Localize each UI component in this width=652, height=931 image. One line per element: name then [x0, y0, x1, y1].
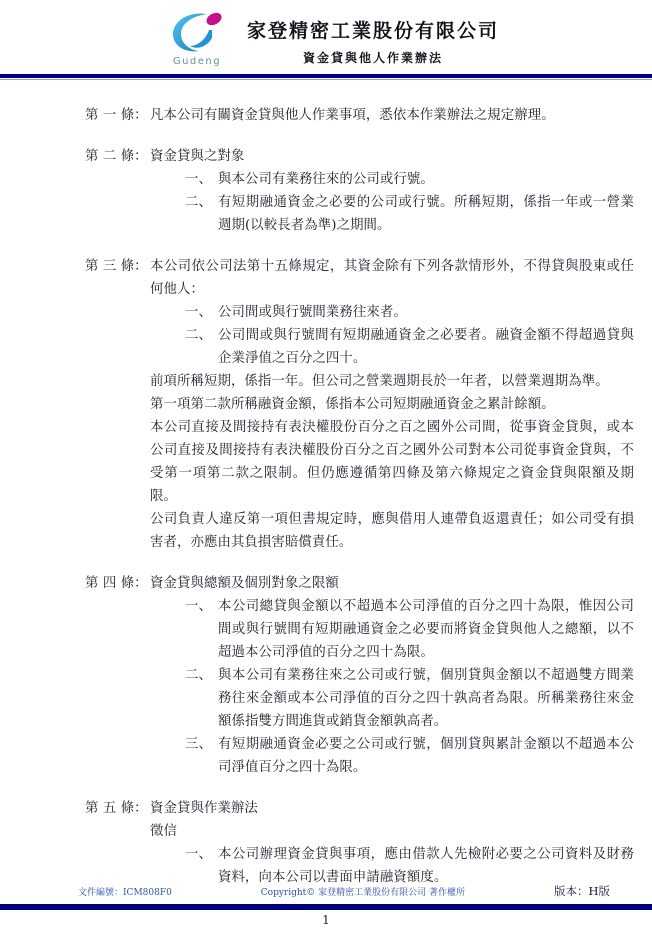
article-4: 第 四 條： 資金貸與總額及個別對象之限額 一、 本公司總貸與金額以不超過本公司…: [85, 572, 634, 779]
article-paragraph: 本公司直接及間接持有表決權股份百分之百之國外公司間，從事資金貸與，或本公司直接及…: [150, 416, 634, 508]
article-intro: 資金貸與之對象: [150, 145, 634, 168]
document-page: Gudeng 家登精密工業股份有限公司 資金貸與他人作業辦法 第 一 條： 凡本…: [0, 0, 652, 931]
article-5: 第 五 條： 資金貸與作業辦法 徵信 一、 本公司辦理資金貸與事項，應由借款人先…: [85, 797, 634, 889]
article-label: 第 四 條：: [85, 572, 150, 595]
article-label: 第 三 條：: [85, 255, 150, 278]
article-content: 資金貸與總額及個別對象之限額 一、 本公司總貸與金額以不超過本公司淨值的百分之四…: [150, 572, 634, 779]
item-text: 有短期融通資金之必要的公司或行號。所稱短期，係指一年或一營業週期(以較長者為準)…: [218, 191, 634, 237]
version-label: 版本：H版: [554, 883, 610, 899]
item-marker: 二、: [185, 324, 218, 370]
header-inner: Gudeng 家登精密工業股份有限公司 資金貸與他人作業辦法: [0, 10, 652, 67]
item-marker: 一、: [185, 301, 218, 324]
title-block: 家登精密工業股份有限公司 資金貸與他人作業辦法: [247, 10, 499, 66]
article-intro: 本公司依公司法第十五條規定，其資金除有下列各款情形外，不得貸與股東或任何他人：: [150, 255, 634, 301]
article-intro: 資金貸與總額及個別對象之限額: [150, 572, 634, 595]
numbered-item: 一、 公司間或與行號間業務往來者。: [150, 301, 634, 324]
article-1: 第 一 條： 凡本公司有關資金貸與他人作業事項，悉依本作業辦法之規定辦理。: [85, 104, 634, 127]
item-marker: 一、: [185, 168, 218, 191]
item-marker: 二、: [185, 664, 218, 733]
article-paragraph: 徵信: [150, 820, 634, 843]
footer-row: 文件編號：ICM808F0 Copyright© 家登精密工業股份有限公司 著作…: [0, 883, 652, 899]
article-label: 第 二 條：: [85, 145, 150, 168]
company-logo: Gudeng: [153, 10, 241, 67]
item-text: 公司間或與行號間業務往來者。: [218, 301, 634, 324]
article-content: 資金貸與作業辦法 徵信 一、 本公司辦理資金貸與事項，應由借款人先檢附必要之公司…: [150, 797, 634, 889]
article-paragraph: 公司負責人違反第一項但書規定時，應與借用人連帶負返還責任；如公司受有損害者，亦應…: [150, 508, 634, 554]
numbered-item: 一、 本公司總貸與金額以不超過本公司淨值的百分之四十為限，惟因公司間或與行號間有…: [150, 595, 634, 664]
header-rule-thick: [0, 74, 652, 78]
article-2: 第 二 條： 資金貸與之對象 一、 與本公司有業務往來的公司或行號。 二、 有短…: [85, 145, 634, 237]
item-text: 本公司總貸與金額以不超過本公司淨值的百分之四十為限，惟因公司間或與行號間有短期融…: [218, 595, 634, 664]
article-label: 第 五 條：: [85, 797, 150, 820]
item-text: 有短期融通資金必要之公司或行號，個別貸與累計金額以不超過本公司淨值百分之四十為限…: [218, 733, 634, 779]
copyright-text: Copyright© 家登精密工業股份有限公司 著作權所: [172, 885, 554, 898]
article-content: 資金貸與之對象 一、 與本公司有業務往來的公司或行號。 二、 有短期融通資金之必…: [150, 145, 634, 237]
document-body: 第 一 條： 凡本公司有關資金貸與他人作業事項，悉依本作業辦法之規定辦理。 第 …: [0, 80, 652, 889]
page-subtitle: 資金貸與他人作業辦法: [247, 49, 499, 66]
page-number: 1: [0, 910, 652, 931]
item-text: 公司間或與行號間有短期融通資金之必要者。融資金額不得超過貸與企業淨值之百分之四十…: [218, 324, 634, 370]
article-intro: 凡本公司有關資金貸與他人作業事項，悉依本作業辦法之規定辦理。: [150, 104, 634, 127]
numbered-item: 一、 與本公司有業務往來的公司或行號。: [150, 168, 634, 191]
numbered-item: 二、 與本公司有業務往來之公司或行號，個別貸與金額以不超過雙方間業務往來金額或本…: [150, 664, 634, 733]
article-content: 本公司依公司法第十五條規定，其資金除有下列各款情形外，不得貸與股東或任何他人： …: [150, 255, 634, 554]
item-text: 與本公司有業務往來的公司或行號。: [218, 168, 634, 191]
numbered-item: 二、 有短期融通資金之必要的公司或行號。所稱短期，係指一年或一營業週期(以較長者…: [150, 191, 634, 237]
brand-label: Gudeng: [153, 56, 241, 67]
numbered-item: 三、 有短期融通資金必要之公司或行號，個別貸與累計金額以不超過本公司淨值百分之四…: [150, 733, 634, 779]
article-paragraph: 第一項第二款所稱融資金額，係指本公司短期融通資金之累計餘額。: [150, 393, 634, 416]
document-number: 文件編號：ICM808F0: [78, 885, 172, 898]
item-marker: 三、: [185, 733, 218, 779]
numbered-item: 二、 公司間或與行號間有短期融通資金之必要者。融資金額不得超過貸與企業淨值之百分…: [150, 324, 634, 370]
article-paragraph: 前項所稱短期，係指一年。但公司之營業週期長於一年者，以營業週期為準。: [150, 370, 634, 393]
item-marker: 二、: [185, 191, 218, 237]
item-marker: 一、: [185, 595, 218, 664]
page-header: Gudeng 家登精密工業股份有限公司 資金貸與他人作業辦法: [0, 0, 652, 80]
article-intro: 資金貸與作業辦法: [150, 797, 634, 820]
page-footer: 文件編號：ICM808F0 Copyright© 家登精密工業股份有限公司 著作…: [0, 883, 652, 931]
item-text: 與本公司有業務往來之公司或行號，個別貸與金額以不超過雙方間業務往來金額或本公司淨…: [218, 664, 634, 733]
article-label: 第 一 條：: [85, 104, 150, 127]
page-title: 家登精密工業股份有限公司: [247, 16, 499, 43]
article-content: 凡本公司有關資金貸與他人作業事項，悉依本作業辦法之規定辦理。: [150, 104, 634, 127]
article-3: 第 三 條： 本公司依公司法第十五條規定，其資金除有下列各款情形外，不得貸與股東…: [85, 255, 634, 554]
